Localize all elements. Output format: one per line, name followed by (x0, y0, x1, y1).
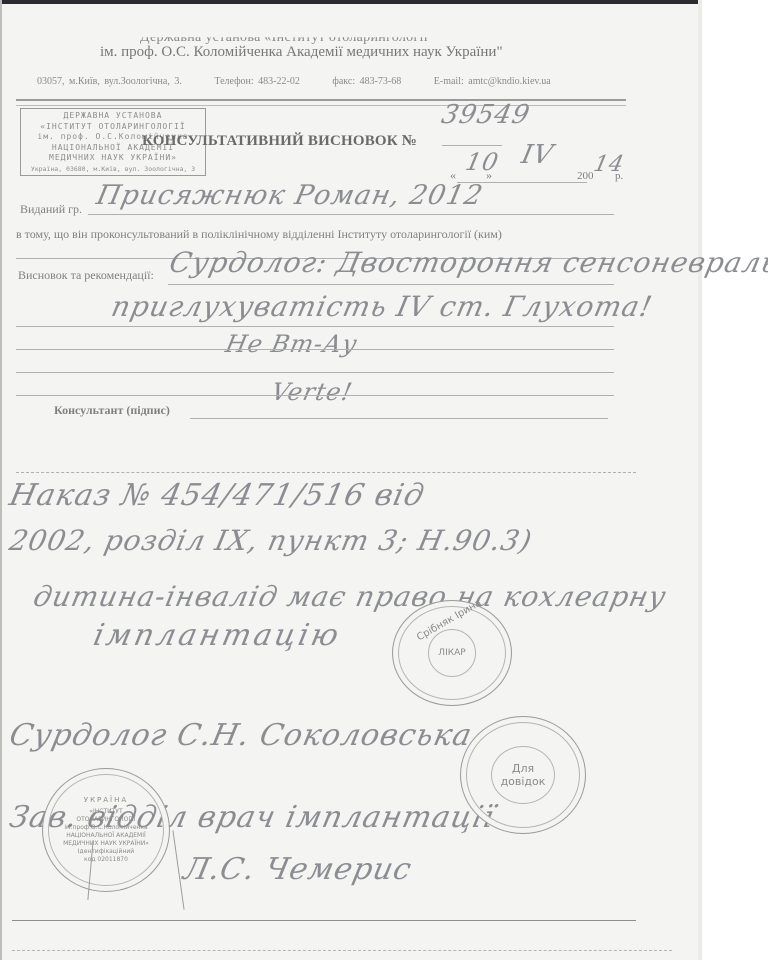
fax: факс: 483-73-68 (332, 76, 401, 87)
official-stamp-line: ім.проф.О.С.Коломійченка (64, 824, 147, 832)
ruled-line (16, 349, 614, 350)
date-close-quote: » (486, 168, 492, 183)
scan-right-edge (698, 0, 702, 960)
institution-name: ім. проф. О.С. Коломійченка Академії мед… (100, 44, 503, 61)
date-month: IV (519, 140, 556, 170)
note-line-1: Наказ № 454/471/516 від (6, 478, 428, 513)
document-title: КОНСУЛЬТАТИВНИЙ ВИСНОВОК № (142, 133, 417, 150)
date-suffix: р. (615, 170, 623, 182)
personal-round-stamp: ЛІКАР Срібняк Ірина (392, 600, 512, 706)
issued-to-underline (88, 214, 614, 215)
official-stamp-line: ОТОЛАРИНГОЛОГІЇ (76, 816, 135, 824)
ruled-line (16, 395, 614, 396)
issued-to-label: Виданий гр. (20, 202, 82, 217)
conclusion-line-1: Сурдолог: Двостороння сенсоневральна (166, 246, 768, 279)
header-divider (16, 99, 626, 106)
ruled-line (168, 284, 614, 285)
ruled-line (16, 372, 614, 373)
date-day: 10 (463, 148, 501, 176)
conclusion-line-4: Verte! (269, 378, 355, 406)
note-line-7: Л.С. Чемерис (180, 852, 415, 887)
conclusion-line-2: приглухуватість IV ст. Глухота! (108, 290, 655, 323)
official-stamp-line: «ІНСТИТУТ (89, 808, 122, 816)
bottom-faint-rule (12, 950, 672, 951)
official-stamp-line: МЕДИЧНИХ НАУК УКРАЇНИ» (63, 840, 149, 848)
number-underline (442, 145, 502, 146)
note-line-3: дитина-інвалід має право на кохлеарну (30, 580, 669, 613)
note-line-5: Сурдолог С.Н. Соколовська (6, 718, 475, 753)
conclusion-line-3: Не Вт-Ау (223, 330, 360, 358)
rect-stamp-line: МЕДИЧНИХ НАУК УКРАЇНИ» (21, 153, 205, 164)
certificate-stamp-center: Для довідок (492, 762, 554, 788)
ruled-line (16, 326, 614, 327)
official-stamp-text: УКРАЇНА «ІНСТИТУТ ОТОЛАРИНГОЛОГІЇ ім.про… (63, 796, 149, 864)
note-line-4: імплантацію (90, 618, 344, 653)
consultant-signature-line (190, 418, 608, 419)
conclusion-number: 39549 (439, 100, 533, 130)
address: 03057, м.Київ, вул.Зоологічна, 3. (37, 76, 182, 87)
bottom-rule (12, 920, 636, 921)
rect-stamp-line: «ІНСТИТУТ ОТОЛАРИНГОЛОГІЇ (21, 122, 205, 133)
email: E-mail: amtc@kndio.kiev.ua (434, 76, 551, 87)
contact-line: 03057, м.Київ, вул.Зоологічна, 3. Телефо… (37, 76, 579, 87)
official-stamp-line: Ідентифікаційний (78, 848, 134, 856)
rect-stamp-line: ДЕРЖАВНА УСТАНОВА (21, 111, 205, 122)
phone: Телефон: 483-22-02 (214, 76, 300, 87)
consultant-label: Консультант (підпис) (54, 403, 170, 418)
certificate-round-stamp: Для довідок (460, 716, 586, 834)
conclusion-label: Висновок та рекомендації: (18, 268, 154, 283)
scanned-document-page: Державна установа «Інститут отоларинголо… (0, 0, 700, 960)
faint-rule (16, 472, 636, 473)
note-line-2: 2002, розділ IX, пункт 3; Н.90.3) (6, 524, 535, 557)
consulted-text: в тому, що він проконсультований в полік… (16, 227, 502, 242)
scan-top-edge (2, 0, 702, 4)
official-stamp-line: НАЦІОНАЛЬНОЇ АКАДЕМІЇ (66, 832, 146, 840)
rect-stamp-address: Україна, 03680, м.Київ, вул. Зоологічна,… (21, 164, 205, 175)
official-stamp-ring-top: УКРАЇНА (84, 796, 128, 804)
personal-stamp-center: ЛІКАР (438, 648, 465, 658)
issued-to-value: Присяжнюк Роман, 2012 (94, 180, 486, 211)
official-round-stamp: УКРАЇНА «ІНСТИТУТ ОТОЛАРИНГОЛОГІЇ ім.про… (42, 768, 170, 892)
